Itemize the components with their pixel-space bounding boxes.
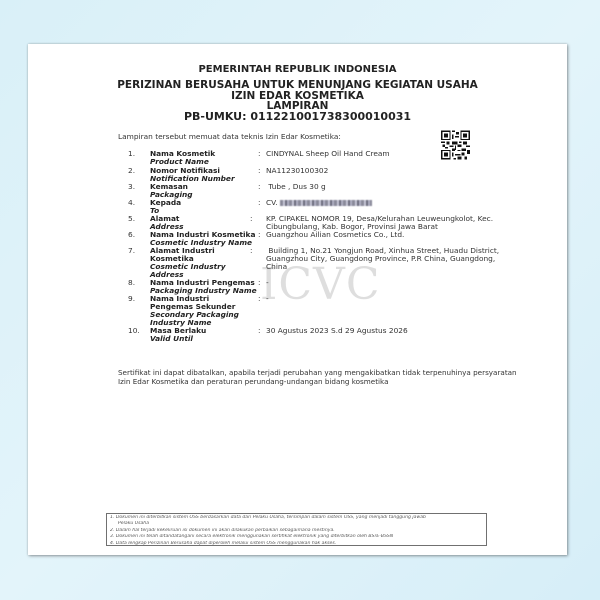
list-item: 7. Alamat Industri KosmetikaCosmetic Ind… [128,247,548,279]
list-item: 5. AlamatAddress :KP. CIPAKEL NOMOR 19, … [128,215,548,231]
document-title: PERIZINAN BERUSAHA UNTUK MENUNJANG KEGIA… [28,80,567,122]
document-page: PEMERINTAH REPUBLIK INDONESIA PERIZINAN … [28,44,567,555]
redacted-company-name [280,200,372,206]
list-item: 1. Nama KosmetikProduct Name :CINDYNAL S… [128,150,548,167]
title-line1: PERIZINAN BERUSAHA UNTUK MENUNJANG KEGIA… [28,80,567,91]
government-title: PEMERINTAH REPUBLIK INDONESIA [28,64,567,75]
list-item: 6. Nama Industri KosmetikaCosmetic Indus… [128,231,548,247]
list-item: 9. Nama Industri Pengemas SekunderSecond… [128,295,548,327]
intro-text: Lampiran tersebut memuat data teknis Izi… [118,132,341,141]
technical-data-list: 1. Nama KosmetikProduct Name :CINDYNAL S… [128,150,548,343]
footer-note: 4. Data lengkap Perizinan Berusaha dapat… [110,541,483,547]
list-item: 8. Nama Industri PengemasPackaging Indus… [128,279,548,295]
list-item: 4. KepadaTo :CV. [128,199,548,215]
pb-umku-number: PB-UMKU: 011221001738300010031 [28,112,567,123]
footer-notes-box: 1. Dokumen ini diterbitkan sistem OSS be… [106,513,487,546]
list-item: 2. Nomor NotifikasiNotification Number :… [128,167,548,183]
certificate-note: Sertifikat ini dapat dibatalkan, apabila… [118,368,518,386]
list-item: 10. Masa BerlakuValid Until :30 Agustus … [128,327,548,343]
list-item: 3. KemasanPackaging : Tube , Dus 30 g [128,183,548,199]
